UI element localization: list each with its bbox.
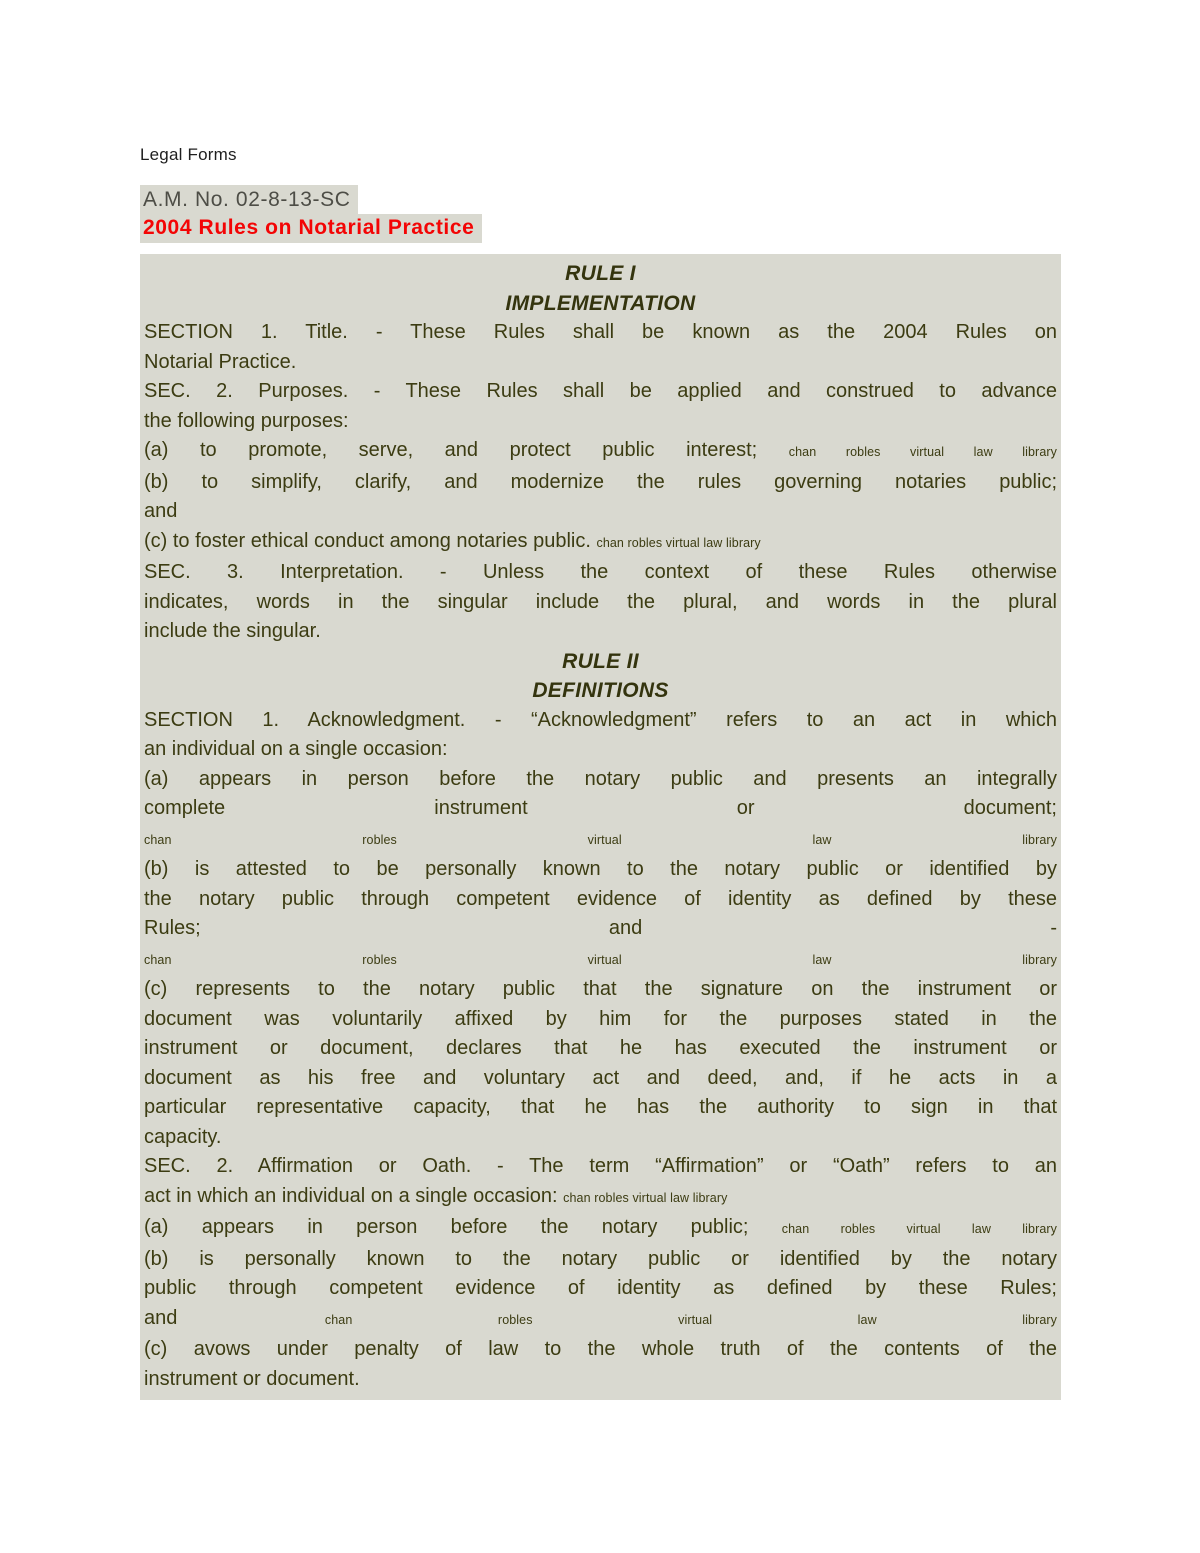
rule-heading: IMPLEMENTATION <box>144 289 1057 319</box>
doc-line: document was voluntarily affixed by him … <box>144 1005 1057 1035</box>
body-text: DEFINITIONS <box>532 679 668 702</box>
doc-line: act in which an individual on a single o… <box>144 1182 1057 1214</box>
case-number: A.M. No. 02-8-13-SC <box>140 185 358 214</box>
body-text: (a) appears in person before the notary … <box>144 1216 748 1238</box>
document-title: 2004 Rules on Notarial Practice <box>140 214 482 243</box>
watermark-text: chan robles virtual law library <box>789 445 1057 459</box>
doc-line: document as his free and voluntary act a… <box>144 1064 1057 1094</box>
body-text: (c) to foster ethical conduct among nota… <box>144 530 591 552</box>
body-text: SECTION 1. Acknowledgment. - “Acknowledg… <box>144 709 1057 731</box>
watermark-text: chan robles virtual law library <box>325 1313 1057 1327</box>
body-text: document was voluntarily affixed by him … <box>144 1008 1057 1030</box>
doc-line: complete instrument or document; <box>144 794 1057 824</box>
body-text: Rules; and - <box>144 917 1057 939</box>
body-text: (b) is attested to be personally known t… <box>144 858 1057 880</box>
body-text: (a) appears in person before the notary … <box>144 768 1057 790</box>
doc-line: include the singular. <box>144 617 1057 647</box>
doc-line: and <box>144 497 1057 527</box>
doc-line: SEC. 3. Interpretation. - Unless the con… <box>144 558 1057 588</box>
doc-line: an individual on a single occasion: <box>144 735 1057 765</box>
doc-line: (c) to foster ethical conduct among nota… <box>144 527 1057 559</box>
rule-heading: DEFINITIONS <box>144 676 1057 706</box>
watermark-text: chan robles virtual law library <box>596 536 760 550</box>
document-title-row: 2004 Rules on Notarial Practice <box>140 214 1061 243</box>
body-text: instrument or document. <box>144 1368 360 1390</box>
body-text: instrument or document, declares that he… <box>144 1037 1057 1059</box>
body-text: the following purposes: <box>144 410 349 432</box>
doc-line: Rules; and - <box>144 914 1057 944</box>
body-text: SEC. 2. Purposes. - These Rules shall be… <box>144 380 1057 402</box>
rule-heading: RULE II <box>144 647 1057 677</box>
body-text: (c) avows under penalty of law to the wh… <box>144 1338 1057 1360</box>
case-number-row: A.M. No. 02-8-13-SC <box>140 185 1061 214</box>
doc-line: SEC. 2. Affirmation or Oath. - The term … <box>144 1152 1057 1182</box>
doc-line: (c) represents to the notary public that… <box>144 975 1057 1005</box>
doc-line: (c) avows under penalty of law to the wh… <box>144 1335 1057 1365</box>
doc-line: particular representative capacity, that… <box>144 1093 1057 1123</box>
doc-line: the following purposes: <box>144 407 1057 437</box>
doc-line: (b) is personally known to the notary pu… <box>144 1245 1057 1275</box>
doc-line: Notarial Practice. <box>144 348 1057 378</box>
document-body: RULE IIMPLEMENTATIONSECTION 1. Title. - … <box>140 254 1061 1400</box>
watermark-text: chan robles virtual law library <box>144 953 1057 967</box>
body-text: SEC. 2. Affirmation or Oath. - The term … <box>144 1155 1057 1177</box>
body-text: particular representative capacity, that… <box>144 1096 1057 1118</box>
body-text: include the singular. <box>144 620 321 642</box>
body-text: SECTION 1. Title. - These Rules shall be… <box>144 321 1057 343</box>
document-page: Legal Forms A.M. No. 02-8-13-SC 2004 Rul… <box>140 145 1061 1400</box>
body-text: act in which an individual on a single o… <box>144 1185 558 1207</box>
doc-line: (b) is attested to be personally known t… <box>144 855 1057 885</box>
doc-line: (a) appears in person before the notary … <box>144 1213 1057 1245</box>
body-text: an individual on a single occasion: <box>144 738 448 760</box>
body-text: (a) to promote, serve, and protect publi… <box>144 439 757 461</box>
doc-line: chan robles virtual law library <box>144 944 1057 976</box>
doc-line: (b) to simplify, clarify, and modernize … <box>144 468 1057 498</box>
body-text: public through competent evidence of ide… <box>144 1277 1057 1299</box>
doc-line: SECTION 1. Title. - These Rules shall be… <box>144 318 1057 348</box>
doc-line: indicates, words in the singular include… <box>144 588 1057 618</box>
body-text: Notarial Practice. <box>144 351 296 373</box>
doc-line: public through competent evidence of ide… <box>144 1274 1057 1304</box>
body-text: (b) is personally known to the notary pu… <box>144 1248 1057 1270</box>
body-text: RULE II <box>562 650 639 673</box>
doc-line: the notary public through competent evid… <box>144 885 1057 915</box>
body-text: SEC. 3. Interpretation. - Unless the con… <box>144 561 1057 583</box>
body-text: capacity. <box>144 1126 221 1148</box>
doc-line: SECTION 1. Acknowledgment. - “Acknowledg… <box>144 706 1057 736</box>
watermark-text: chan robles virtual law library <box>782 1222 1057 1236</box>
body-text: RULE I <box>565 262 636 285</box>
doc-line: instrument or document, declares that he… <box>144 1034 1057 1064</box>
rule-heading: RULE I <box>144 259 1057 289</box>
watermark-text: chan robles virtual law library <box>144 833 1057 847</box>
doc-line: and chan robles virtual law library <box>144 1304 1057 1336</box>
doc-line: capacity. <box>144 1123 1057 1153</box>
body-text: and <box>144 1307 177 1329</box>
doc-line: (a) to promote, serve, and protect publi… <box>144 436 1057 468</box>
body-text: (b) to simplify, clarify, and modernize … <box>144 471 1057 493</box>
category-label: Legal Forms <box>140 145 1061 165</box>
body-text: (c) represents to the notary public that… <box>144 978 1057 1000</box>
body-text: IMPLEMENTATION <box>505 292 695 315</box>
body-text: complete instrument or document; <box>144 797 1057 819</box>
doc-line: instrument or document. <box>144 1365 1057 1395</box>
doc-line: chan robles virtual law library <box>144 824 1057 856</box>
body-text: indicates, words in the singular include… <box>144 591 1057 613</box>
watermark-text: chan robles virtual law library <box>563 1191 727 1205</box>
doc-line: (a) appears in person before the notary … <box>144 765 1057 795</box>
body-text: and <box>144 500 177 522</box>
doc-line: SEC. 2. Purposes. - These Rules shall be… <box>144 377 1057 407</box>
body-text: the notary public through competent evid… <box>144 888 1057 910</box>
body-text: document as his free and voluntary act a… <box>144 1067 1057 1089</box>
